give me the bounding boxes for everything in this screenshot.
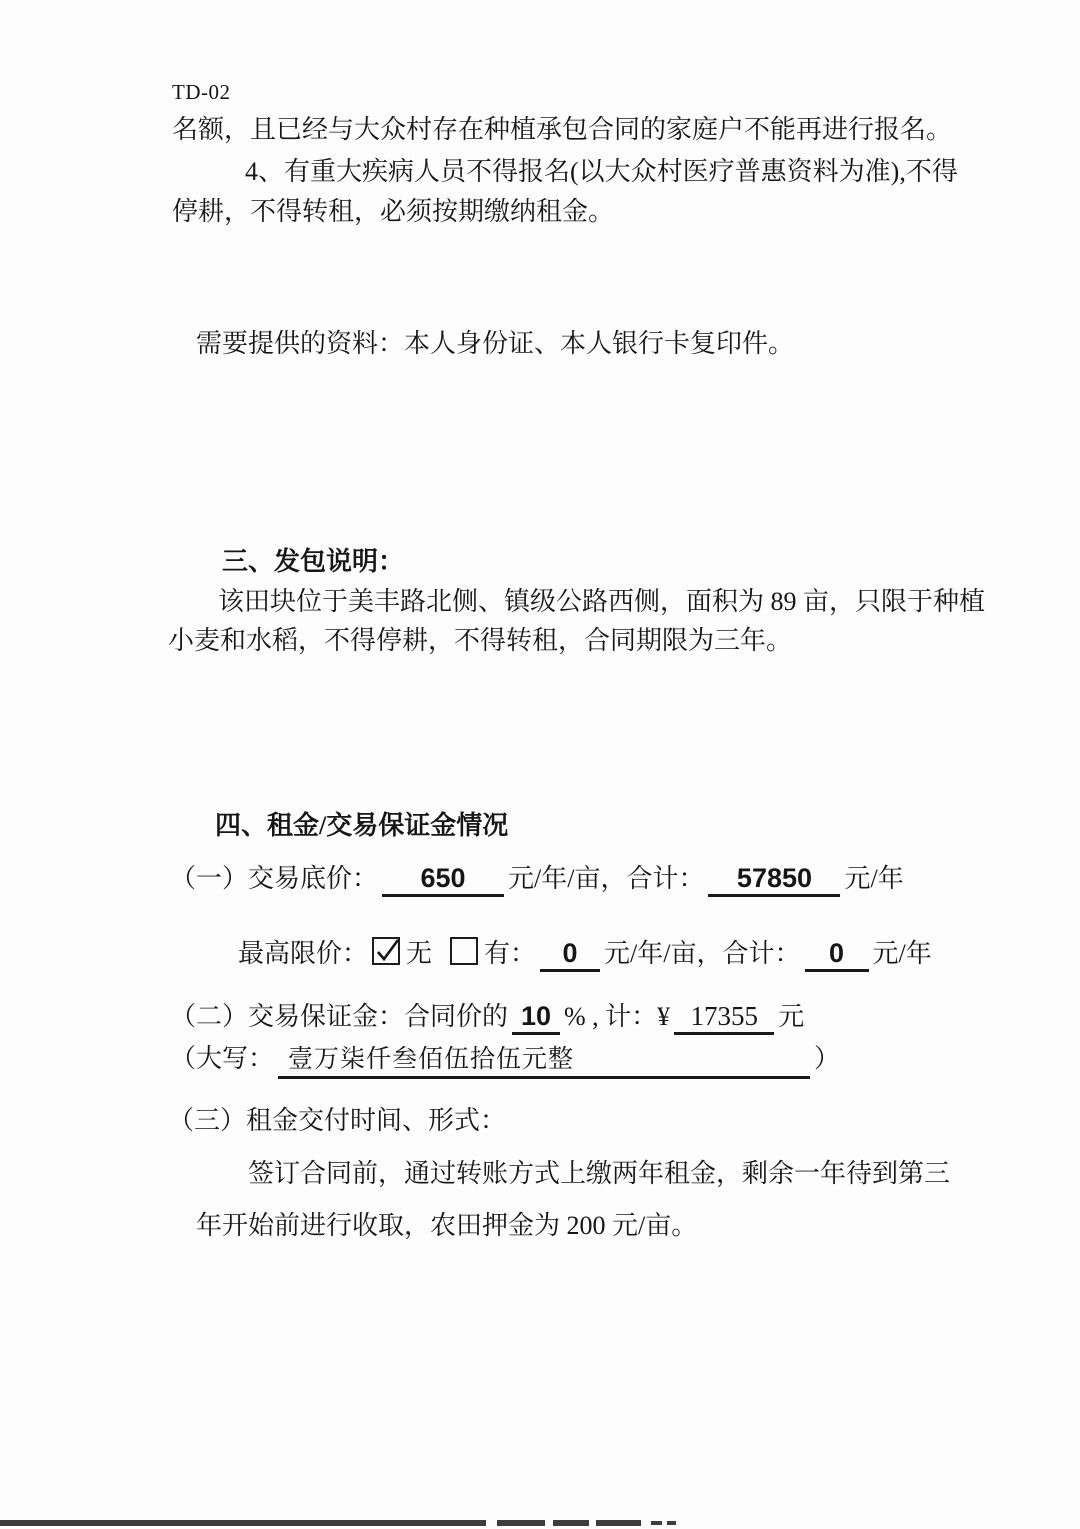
deposit-amount-field: 17355 — [674, 1001, 774, 1035]
form-code: TD-02 — [172, 74, 231, 110]
intro-paragraph-line3: 停耕，不得转租，必须按期缴纳租金。 — [172, 194, 614, 230]
price-cap-suffix: 元/年 — [873, 939, 932, 968]
base-price-value-field: 650 — [382, 863, 504, 897]
deposit-line: （二）交易保证金：合同价的10% , 计：¥17355元 — [170, 999, 804, 1035]
base-price-prefix: （一）交易底价： — [170, 864, 378, 893]
deposit-caps-value-field: 壹万柒仟叁佰伍拾伍元整 — [278, 1045, 810, 1079]
price-cap-line: 最高限价：无有：0元/年/亩，合计：0元/年 — [238, 936, 932, 972]
deposit-percent-field: 10 — [512, 1001, 560, 1035]
checkbox-unchecked-icon — [450, 937, 478, 965]
price-cap-mid: 元/年/亩，合计： — [604, 939, 800, 968]
section3-heading: 三、发包说明： — [222, 544, 404, 580]
section3-line1: 该田块位于美丰路北侧、镇级公路西侧，面积为 89 亩，只限于种植 — [218, 584, 985, 620]
section3-line2: 小麦和水稻，不得停耕，不得转租，合同期限为三年。 — [168, 623, 792, 659]
price-cap-value-field: 0 — [540, 938, 600, 972]
base-price-mid: 元/年/亩，合计： — [508, 864, 704, 893]
scan-artifact-segment — [553, 1520, 589, 1526]
price-cap-none-label: 无 — [406, 939, 432, 968]
deposit-caps-prefix: （大写： — [170, 1044, 274, 1073]
base-price-line: （一）交易底价：650元/年/亩，合计：57850元/年 — [170, 861, 904, 897]
intro-paragraph-line2: 4、有重大疾病人员不得报名(以大众村医疗普惠资料为准),不得 — [245, 154, 958, 190]
base-price-total-field: 57850 — [708, 863, 840, 897]
required-materials-line: 需要提供的资料：本人身份证、本人银行卡复印件。 — [196, 326, 794, 362]
document-page: TD-02 名额，且已经与大众村存在种植承包合同的家庭户不能再进行报名。 4、有… — [0, 0, 1080, 1529]
deposit-caps-suffix: ） — [814, 1044, 840, 1073]
deposit-mid: % , 计：¥ — [564, 1002, 670, 1031]
deposit-caps-line: （大写：壹万柒仟叁佰伍拾伍元整） — [170, 1041, 840, 1079]
price-cap-label: 最高限价： — [238, 939, 368, 968]
payment-heading: （三）租金交付时间、形式： — [168, 1103, 506, 1139]
base-price-suffix: 元/年 — [844, 864, 903, 893]
section4-heading: 四、租金/交易保证金情况 — [215, 808, 508, 844]
scan-artifact-segment — [497, 1520, 545, 1526]
checkbox-checked-icon — [372, 937, 400, 965]
payment-line1: 签订合同前，通过转账方式上缴两年租金，剩余一年待到第三 — [248, 1156, 950, 1192]
price-cap-total-field: 0 — [805, 938, 869, 972]
price-cap-has-label: 有： — [484, 939, 536, 968]
scan-artifact-segment — [596, 1520, 641, 1526]
intro-paragraph-line1: 名额，且已经与大众村存在种植承包合同的家庭户不能再进行报名。 — [172, 112, 952, 148]
deposit-suffix: 元 — [778, 1002, 804, 1031]
scan-artifact-segment — [667, 1521, 676, 1525]
scan-artifact-segment — [0, 1520, 486, 1526]
scan-artifact-segment — [651, 1521, 662, 1525]
deposit-prefix: （二）交易保证金：合同价的 — [170, 1002, 508, 1031]
payment-line2: 年开始前进行收取，农田押金为 200 元/亩。 — [196, 1208, 697, 1244]
